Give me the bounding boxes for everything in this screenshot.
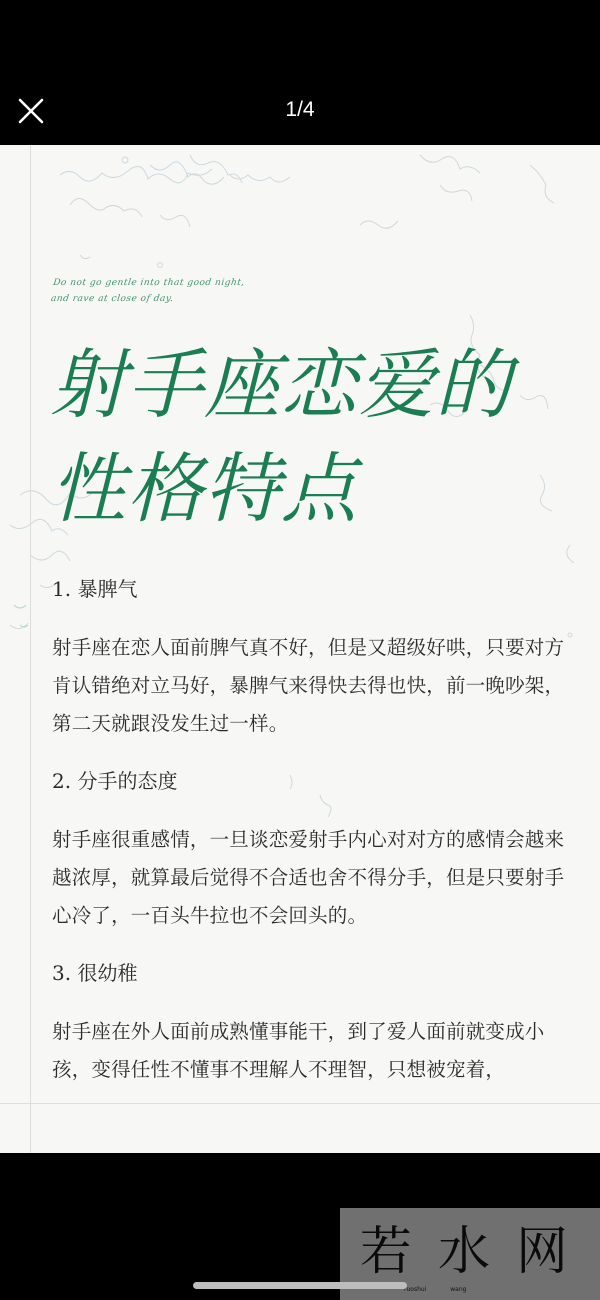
section-body: 射手座很重感情，一旦谈恋爱射手内心对对方的感情会越来越浓厚，就算最后觉得不合适也… xyxy=(52,821,572,935)
section-heading: 1. 暴脾气 xyxy=(52,575,572,603)
watermark-subtext: ruoshui wang xyxy=(404,1286,466,1293)
viewer-top-bar: 1/4 xyxy=(0,0,600,145)
page-margin-line-vertical xyxy=(30,145,31,1153)
section-heading: 2. 分手的态度 xyxy=(52,767,572,795)
article-title-line-2: 性格特点 xyxy=(50,437,590,541)
home-indicator[interactable] xyxy=(193,1282,407,1289)
image-page[interactable]: Do not go gentle into that good night, a… xyxy=(0,145,600,1153)
handwritten-quote: Do not go gentle into that good night, a… xyxy=(50,275,246,307)
section-heading: 3. 很幼稚 xyxy=(52,959,572,987)
article-title-line-1: 射手座恋爱的 xyxy=(50,333,590,437)
handwritten-quote-line-1: Do not go gentle into that good night, xyxy=(52,275,246,291)
section-body: 射手座在恋人面前脾气真不好，但是又超级好哄，只要对方肯认错绝对立马好，暴脾气来得… xyxy=(52,629,572,743)
article-content: 1. 暴脾气 射手座在恋人面前脾气真不好，但是又超级好哄，只要对方肯认错绝对立马… xyxy=(52,575,572,1113)
handwritten-quote-line-2: and rave at close of day. xyxy=(50,291,244,307)
page-indicator: 1/4 xyxy=(0,98,600,122)
section-body: 射手座在外人面前成熟懂事能干，到了爱人面前就变成小孩，变得任性不懂事不理解人不理… xyxy=(52,1013,572,1089)
watermark-text: 若水网 xyxy=(360,1224,594,1280)
article-title: 射手座恋爱的 性格特点 xyxy=(50,333,590,541)
